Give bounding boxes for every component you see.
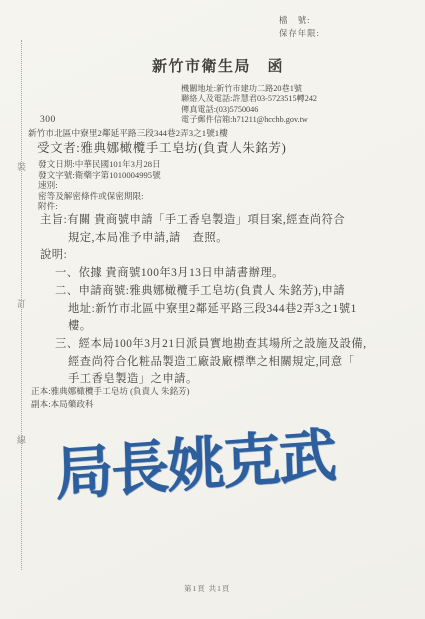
issue-date: 發文日期:中華民國101年3月28日 <box>38 159 161 170</box>
binding-mark: 線 <box>13 433 30 446</box>
document-meta-block: 發文日期:中華民國101年3月28日 發文字號:衛藥字第1010004995號 … <box>38 159 161 212</box>
explanation-item-1: 一、依據 貴商號100年3月13日申請書辦理。 <box>40 265 412 283</box>
copy-recipient: 副本:本局藥政科 <box>31 398 190 411</box>
subject-line: 主旨:有關 貴商號申請「手工香皂製造」項目案,經查尚符合 <box>40 212 412 230</box>
letter-body: 主旨:有關 貴商號申請「手工香皂製造」項目案,經查尚符合 規定,本局准予申請,請… <box>40 212 412 389</box>
explanation-item-2-line: 地址:新竹市北區中寮里2鄰延平路三段344巷2弄3之1號1 <box>40 301 412 319</box>
subject-line: 規定,本局准予申請,請 查照。 <box>40 230 412 248</box>
issue-number: 發文字號:衛藥字第1010004995號 <box>38 170 161 181</box>
agency-contact: 聯絡人及電話:許慧君03-5723515轉242 <box>181 94 317 104</box>
retention-period-label: 保存年限: <box>279 27 320 40</box>
distribution-block: 正本:雅典娜橄欖手工皂坊 (負責人 朱銘芳) 副本:本局藥政科 <box>31 385 190 411</box>
explanation-item-3-line: 經查尚符合化粧品製造工廠設廠標準之相關規定,同意「 <box>40 354 412 372</box>
agency-info-block: 機關地址:新竹市建功二路20巷1號 聯絡人及電話:許慧君03-5723515轉2… <box>181 84 317 126</box>
binding-mark: 訂 <box>13 297 30 310</box>
page-number: 第1頁 共1頁 <box>184 583 230 594</box>
explanation-item-2-line: 樓。 <box>40 318 412 336</box>
director-signature-stamp: 局長姚克武 <box>54 404 386 517</box>
document-page: 裝 訂 線 檔 號: 保存年限: 新竹市衛生局 函 機關地址:新竹市建功二路20… <box>0 0 425 619</box>
explanation-label: 說明: <box>40 247 412 265</box>
document-title: 新竹市衛生局 函 <box>152 55 284 76</box>
agency-email: 電子郵件信箱:h71211@hcchb.gov.tw <box>181 115 317 125</box>
explanation-item-3: 三、經本局100年3月21日派員實地勘查其場所之設施及設備, <box>40 336 412 354</box>
attachment-label: 附件: <box>38 201 161 212</box>
explanation-item-2: 二、申請商號:雅典娜橄欖手工皂坊(負責人 朱銘芳),申請 <box>40 283 412 301</box>
recipient-line: 受文者:雅典娜橄欖手工皂坊(負責人朱銘芳) <box>37 138 286 156</box>
file-number-block: 檔 號: 保存年限: <box>279 14 320 40</box>
postal-code: 300 <box>40 115 56 125</box>
agency-fax: 傳真電話:(03)5750046 <box>181 105 317 115</box>
agency-address: 機關地址:新竹市建功二路20巷1號 <box>181 84 317 94</box>
file-number-label: 檔 號: <box>279 14 320 27</box>
binding-mark: 裝 <box>13 160 30 173</box>
speed-class: 速別: <box>38 180 161 191</box>
security-class: 密等及解密條件或保密期限: <box>38 191 161 202</box>
original-recipient: 正本:雅典娜橄欖手工皂坊 (負責人 朱銘芳) <box>31 385 190 398</box>
